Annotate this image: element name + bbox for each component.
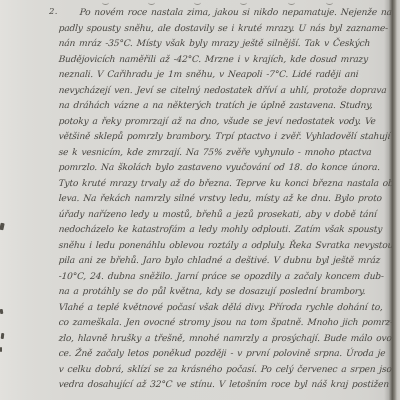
cut-off-line-fragment bbox=[90, 0, 370, 5]
handwritten-line: se k vesnicím, kde zmrzají. Na 75% zvěře… bbox=[58, 146, 392, 162]
handwritten-line: vedra dosahující až 32°C ve stínu. V let… bbox=[58, 378, 392, 394]
scan-artifact bbox=[1, 333, 5, 339]
handwritten-line: na dráhách vázne a na některých tratích … bbox=[58, 99, 392, 115]
page-edge-shadow bbox=[384, 0, 400, 400]
entry-number: 2. bbox=[49, 7, 58, 17]
pen-stroke bbox=[288, 0, 295, 5]
handwritten-line: co zameškala. Jen ovocné stromy jsou na … bbox=[58, 316, 392, 332]
handwritten-line: nán mráz -35°C. Místy však byly mrazy je… bbox=[58, 37, 392, 53]
scan-artifact bbox=[0, 309, 3, 314]
scanned-chronicle-page: 2. Po novém roce nastala zima, jakou si … bbox=[0, 0, 400, 400]
handwritten-line: potoky a řeky promrzají až na dno, všude… bbox=[58, 115, 392, 131]
pen-stroke bbox=[240, 0, 247, 5]
handwritten-line: nedocházelo ke katastrofám a ledy mohly … bbox=[58, 223, 392, 239]
handwritten-line: Tyto kruté mrazy trvaly až do března. Te… bbox=[58, 177, 392, 193]
pen-stroke bbox=[194, 0, 201, 5]
scan-artifact bbox=[0, 347, 2, 352]
handwritten-line: pomrzlo. Na školách bylo zastaveno vyučo… bbox=[58, 161, 392, 177]
handwritten-line: neznali. V Cařihradu je 1m sněhu, v Neap… bbox=[58, 68, 392, 84]
handwritten-line: úřady nařízeno ledy u mostů, břehů a jez… bbox=[58, 208, 392, 224]
handwritten-line: pila ani ze břehů. Jaro bylo chladné a d… bbox=[58, 254, 392, 270]
scan-artifact bbox=[0, 223, 5, 231]
handwritten-line: nevycházejí ven. Jeví se citelný nedosta… bbox=[58, 84, 392, 100]
handwritten-line: zlo, hlavně hrušky a třešně, mnohé namrz… bbox=[58, 332, 392, 348]
handwritten-line: na a protáhly se do půl května, kdy se d… bbox=[58, 285, 392, 301]
handwritten-text: Po novém roce nastala zima, jakou si nik… bbox=[58, 6, 391, 394]
handwritten-line: Budějovicích naměřili až -42°C. Mrzne i … bbox=[58, 53, 392, 69]
handwritten-line: Po novém roce nastala zima, jakou si nik… bbox=[58, 6, 392, 22]
pen-stroke bbox=[148, 0, 155, 5]
handwritten-line: ce. Žně začaly letos poněkud později - v… bbox=[58, 347, 392, 363]
handwritten-line: v celku dobrá, sklízí se za krásného poč… bbox=[58, 363, 392, 379]
pen-stroke bbox=[326, 0, 333, 5]
handwritten-line: padly spousty sněhu, ale dostavily se i … bbox=[58, 22, 392, 38]
handwritten-line: sněhu i ledu ponenáhlu oblevou roztály a… bbox=[58, 239, 392, 255]
handwritten-line: Vlahé a teplé květnové počasí však dělá … bbox=[58, 301, 392, 317]
pen-stroke bbox=[102, 0, 109, 5]
handwritten-line: -10°C, 24. dubna sněžilo. Jarní práce se… bbox=[58, 270, 392, 286]
handwritten-line: většině sklepů pomrzly brambory. Trpí pt… bbox=[58, 130, 392, 146]
handwritten-line: leva. Na řekách namrzly silné vrstvy led… bbox=[58, 192, 392, 208]
